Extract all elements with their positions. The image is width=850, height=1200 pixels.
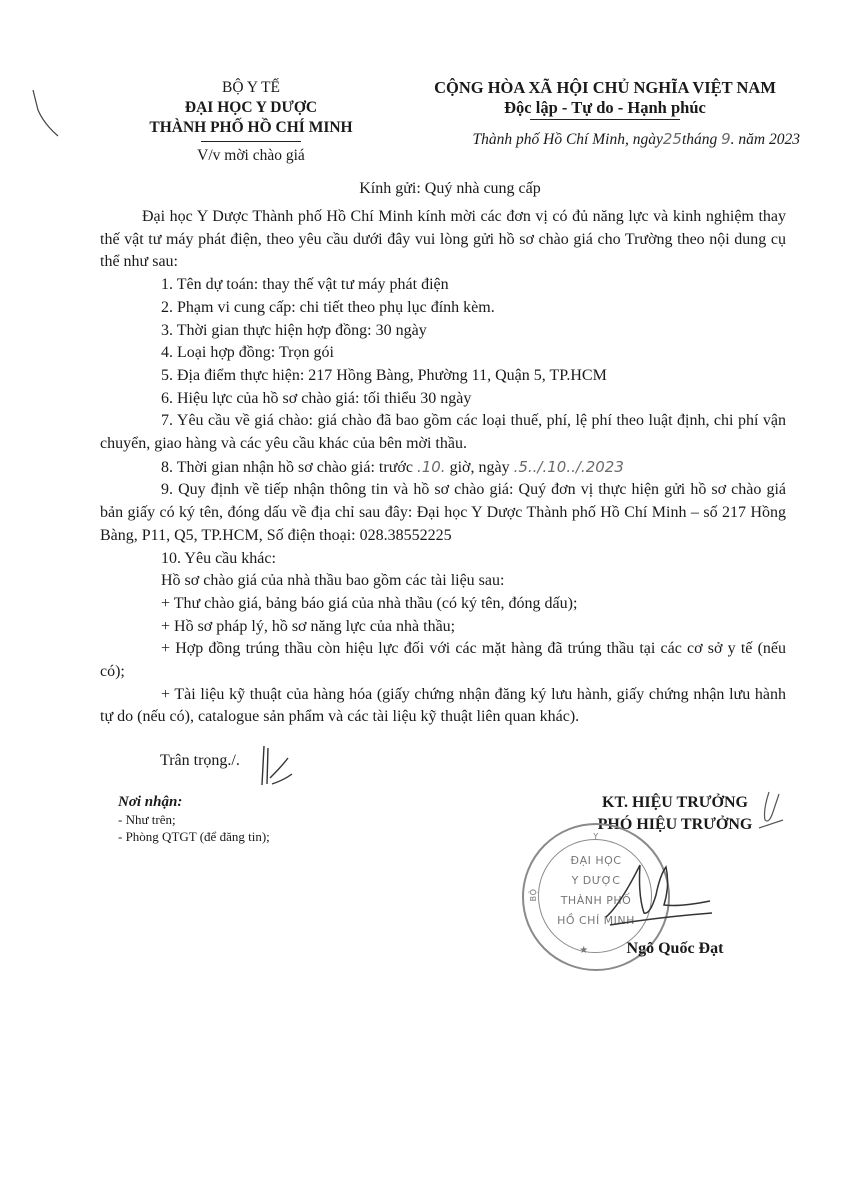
recipients-block: Nơi nhận: - Như trên; - Phòng QTGT (để đ… (118, 792, 270, 845)
document-item: + Tài liệu kỹ thuật của hàng hóa (giấy c… (100, 684, 786, 729)
recipient-item: - Như trên; (118, 812, 270, 829)
list-item: 1. Tên dự toán: thay thế vật tư máy phát… (119, 274, 786, 297)
list-item: 4. Loại hợp đồng: Trọn gói (119, 342, 786, 365)
national-motto: Độc lập - Tự do - Hạnh phúc (410, 98, 800, 118)
document-item: + Thư chào giá, bảng báo giá của nhà thầ… (119, 593, 786, 616)
letter-body: Đại học Y Dược Thành phố Hồ Chí Minh kín… (119, 206, 786, 729)
initials-mark-right (755, 790, 795, 840)
requirements-lead: Hồ sơ chào giá của nhà thầu bao gồm các … (119, 570, 786, 593)
handwritten-hour: .10. (417, 458, 446, 476)
initials-mark (258, 740, 298, 790)
greeting: Kính gửi: Quý nhà cung cấp (100, 180, 800, 198)
list-item: 6. Hiệu lực của hồ sơ chào giá: tối thiể… (119, 388, 786, 411)
signer-name: Ngô Quốc Đạt (540, 940, 810, 958)
pen-mark (30, 90, 70, 150)
issuer-header: BỘ Y TẾ ĐẠI HỌC Y DƯỢC THÀNH PHỐ HỒ CHÍ … (120, 78, 382, 166)
date-prefix: Thành phố Hồ Chí Minh, ngày (473, 131, 663, 148)
list-item-deadline: 8. Thời gian nhận hồ sơ chào giá: trước … (119, 456, 786, 480)
signoff: Trân trọng./. (160, 752, 240, 770)
handwritten-day: 25 (663, 130, 682, 148)
ministry-name: BỘ Y TẾ (120, 78, 382, 98)
handwritten-deadline-date: .5../.10../.2023 (514, 458, 624, 476)
org-name-line2: THÀNH PHỐ HỒ CHÍ MINH (120, 118, 382, 138)
recipients-label: Nơi nhận: (118, 792, 270, 812)
list-item: 3. Thời gian thực hiện hợp đồng: 30 ngày (119, 320, 786, 343)
org-name-line1: ĐẠI HỌC Y DƯỢC (120, 98, 382, 118)
deadline-mid: giờ, ngày (450, 459, 510, 476)
month-label: tháng (682, 131, 717, 148)
intro-paragraph: Đại học Y Dược Thành phố Hồ Chí Minh kín… (100, 206, 786, 274)
seal-top-mark: Y (524, 829, 668, 845)
header-divider (201, 141, 301, 142)
date-line: Thành phố Hồ Chí Minh, ngày25tháng 9. nă… (420, 130, 800, 149)
handwritten-month: 9 (721, 130, 731, 148)
list-item: 2. Phạm vi cung cấp: chi tiết theo phụ l… (119, 297, 786, 320)
list-item: 9. Quy định về tiếp nhận thông tin và hồ… (100, 479, 786, 547)
motto-underline (530, 119, 680, 120)
subject-line: V/v mời chào giá (120, 146, 382, 166)
document-item: + Hồ sơ pháp lý, hồ sơ năng lực của nhà … (119, 616, 786, 639)
deadline-prefix: 8. Thời gian nhận hồ sơ chào giá: trước (161, 459, 413, 476)
list-item: 5. Địa điểm thực hiện: 217 Hồng Bàng, Ph… (119, 365, 786, 388)
year-label: . năm 2023 (731, 131, 800, 148)
document-item: + Hợp đồng trúng thầu còn hiệu lực đối v… (100, 638, 786, 683)
recipient-item: - Phòng QTGT (để đăng tin); (118, 829, 270, 846)
national-header: CỘNG HÒA XÃ HỘI CHỦ NGHĨA VIỆT NAM Độc l… (410, 78, 800, 120)
signature-scribble (600, 855, 720, 935)
list-item-title: 10. Yêu cầu khác: (119, 548, 786, 571)
list-item: 7. Yêu cầu về giá chào: giá chào đã bao … (100, 410, 786, 455)
country-name: CỘNG HÒA XÃ HỘI CHỦ NGHĨA VIỆT NAM (410, 78, 800, 98)
